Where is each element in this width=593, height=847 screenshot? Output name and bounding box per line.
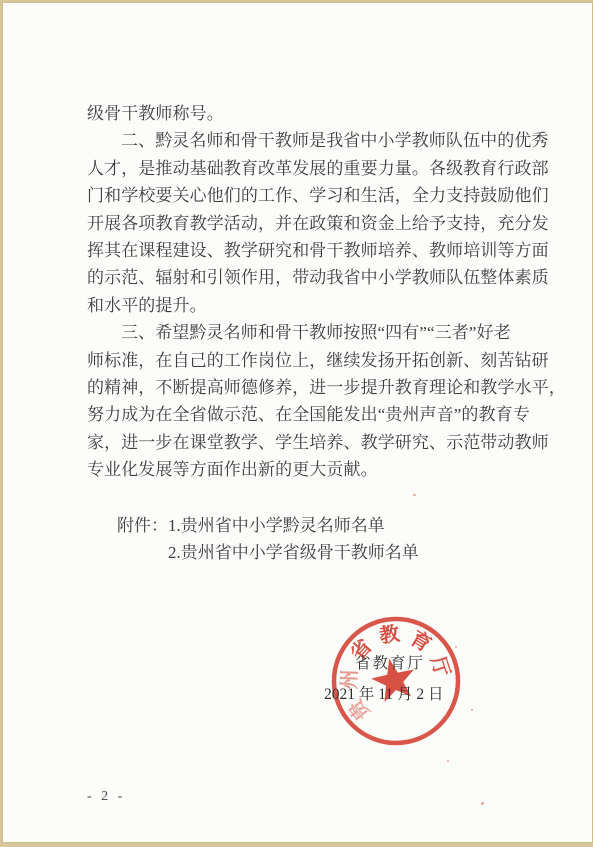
ink-speck (471, 709, 473, 711)
seal-char: 厅 (426, 653, 454, 680)
body-line: 的示范、辐射和引领作用，带动我省中小学教师队伍整体素质 (87, 264, 553, 291)
body-line: 师标准，在自己的工作岗位上，继续发扬开拓创新、刻苦钻研 (87, 347, 553, 374)
attachment-row: 附件：1.贵州省中小学黔灵名师名单 (117, 512, 419, 539)
ink-speck (481, 802, 484, 805)
attachment-list: 附件：1.贵州省中小学黔灵名师名单 2.贵州省中小学省级骨干教师名单 (117, 512, 419, 566)
body-line: 的精神，不断提高师德修养，进一步提升教育理论和教学水平， (87, 374, 553, 401)
body-line: 二、黔灵名师和骨干教师是我省中小学教师队伍中的优秀 (87, 127, 553, 154)
attachment-item: 2.贵州省中小学省级骨干教师名单 (168, 543, 419, 562)
body-paragraphs: 级骨干教师称号。二、黔灵名师和骨干教师是我省中小学教师队伍中的优秀人才，是推动基… (87, 100, 553, 484)
body-line: 三、希望黔灵名师和骨干教师按照“四有”“三者”好老 (87, 319, 553, 346)
attachment-label: 附件： (117, 516, 168, 535)
scan-background: 级骨干教师称号。二、黔灵名师和骨干教师是我省中小学教师队伍中的优秀人才，是推动基… (0, 0, 593, 847)
body-line: 努力成为在全省做示范、在全国能发出“贵州声音”的教育专 (87, 401, 553, 428)
official-seal: 贵州省教育厅 (330, 611, 470, 751)
seal-graphic: 贵州省教育厅 (330, 611, 470, 751)
body-line: 挥其在课程建设、教学研究和骨干教师培养、教师培训等方面 (87, 237, 553, 264)
signature-organization: 省教育厅 (355, 651, 425, 673)
ink-speck (413, 494, 416, 496)
attachment-item: 1.贵州省中小学黔灵名师名单 (168, 516, 385, 535)
body-line: 家，进一步在课堂教学、学生培养、教学研究、示范带动教师 (87, 429, 553, 456)
body-line: 开展各项教育教学活动，并在政策和资金上给予支持，充分发 (87, 210, 553, 237)
body-line: 人才，是推动基础教育改革发展的重要力量。各级教育行政部 (87, 155, 553, 182)
ink-speck (447, 760, 449, 762)
seal-char: 教 (378, 621, 402, 648)
page-number: - 2 - (87, 789, 125, 805)
ink-speck (455, 646, 457, 648)
signature-date: 2021 年 11 月 2 日 (324, 682, 444, 704)
document-page: 级骨干教师称号。二、黔灵名师和骨干教师是我省中小学教师队伍中的优秀人才，是推动基… (3, 3, 592, 842)
body-line: 门和学校要关心他们的工作、学习和生活，全力支持鼓励他们 (87, 182, 553, 209)
body-line: 专业化发展等方面作出新的更大贡献。 (87, 456, 553, 483)
attachment-row: 2.贵州省中小学省级骨干教师名单 (117, 539, 419, 566)
body-line: 级骨干教师称号。 (87, 100, 553, 127)
body-line: 和水平的提升。 (87, 292, 553, 319)
